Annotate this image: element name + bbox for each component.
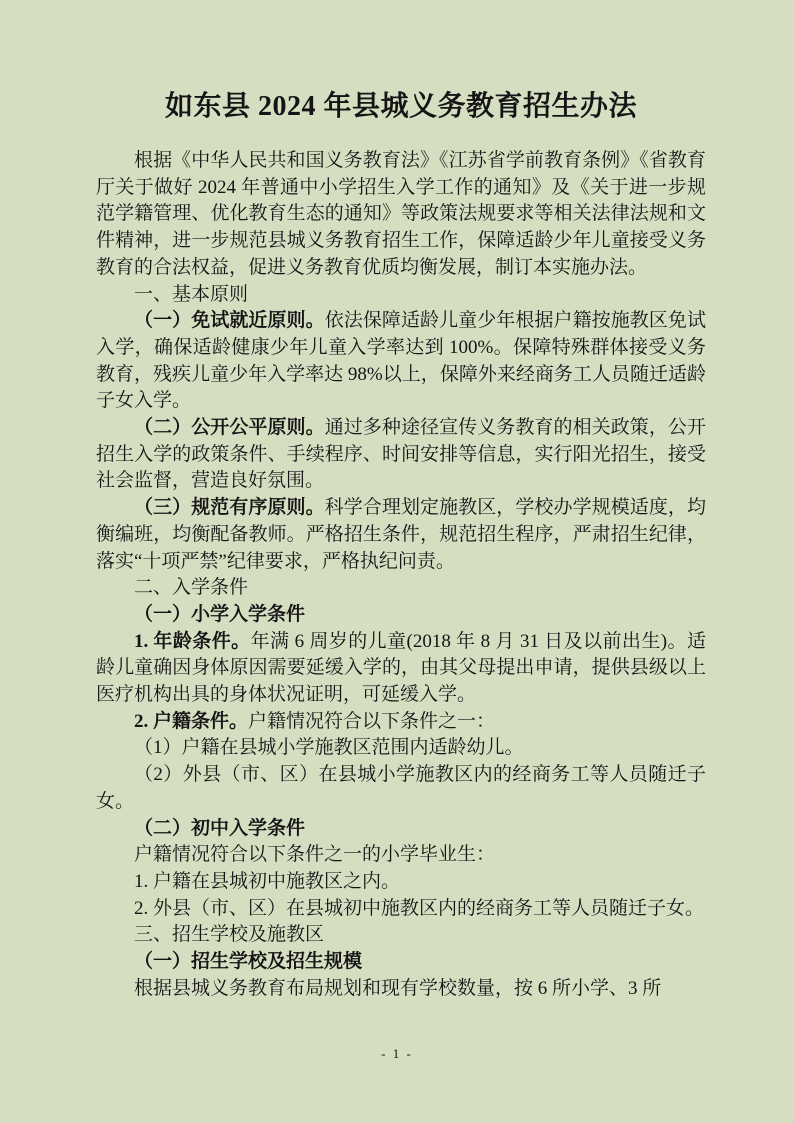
document-page: { "page": { "background_color": "#d6dec2… [0, 0, 794, 1123]
paragraph-text: （1）户籍在县城小学施教区范围内适龄幼儿。 [134, 737, 524, 758]
section-heading: （二）初中入学条件 [96, 816, 706, 843]
page-content: 如东县 2024 年县城义务教育招生办法 根据《中华人民共和国义务教育法》《江苏… [0, 0, 794, 1123]
paragraph: 根据县城义务教育布局规划和现有学校数量，按 6 所小学、3 所 [96, 976, 706, 1003]
paragraph-text: 户籍情况符合以下条件之一： [248, 711, 495, 732]
paragraph-text: 根据县城义务教育布局规划和现有学校数量，按 6 所小学、3 所 [134, 978, 661, 999]
paragraph-lead: 1. 年龄条件。 [134, 631, 251, 652]
paragraph-text: （一）招生学校及招生规模 [134, 951, 362, 972]
paragraph-text: 二、入学条件 [134, 577, 248, 598]
paragraph-lead: 2. 户籍条件。 [134, 711, 248, 732]
paragraph: 户籍情况符合以下条件之一的小学毕业生： [96, 842, 706, 869]
section-heading: 二、入学条件 [96, 575, 706, 602]
paragraph: （1）户籍在县城小学施教区范围内适龄幼儿。 [96, 735, 706, 762]
paragraph-text: 三、招生学校及施教区 [134, 924, 324, 945]
paragraph-text: 2. 外县（市、区）在县城初中施教区内的经商务工等人员随迁子女。 [134, 898, 704, 919]
page-title: 如东县 2024 年县城义务教育招生办法 [96, 88, 706, 126]
page-number: - 1 - [381, 1046, 413, 1061]
paragraph: （二）公开公平原则。通过多种途径宣传义务教育的相关政策，公开招生入学的政策条件、… [96, 415, 706, 495]
paragraph-text: （2）外县（市、区）在县城小学施教区内的经商务工等人员随迁子女。 [96, 764, 706, 812]
paragraph-text: 一、基本原则 [134, 284, 248, 305]
paragraph: 1. 户籍在县城初中施教区之内。 [96, 869, 706, 896]
section-heading: 一、基本原则 [96, 282, 706, 309]
paragraph-lead: （一）免试就近原则。 [134, 310, 325, 331]
paragraph-text: 户籍情况符合以下条件之一的小学毕业生： [134, 844, 495, 865]
page-footer: - 1 - [0, 1046, 794, 1062]
paragraph: 2. 外县（市、区）在县城初中施教区内的经商务工等人员随迁子女。 [96, 896, 706, 923]
paragraph: （2）外县（市、区）在县城小学施教区内的经商务工等人员随迁子女。 [96, 762, 706, 815]
paragraph: （三）规范有序原则。科学合理划定施教区，学校办学规模适度，均衡编班，均衡配备教师… [96, 495, 706, 575]
paragraph-text: 1. 户籍在县城初中施教区之内。 [134, 871, 400, 892]
paragraph-lead: （二）公开公平原则。 [134, 417, 325, 438]
paragraph: 2. 户籍条件。户籍情况符合以下条件之一： [96, 709, 706, 736]
paragraph-text: （一）小学入学条件 [134, 604, 305, 625]
document-body: 根据《中华人民共和国义务教育法》《江苏省学前教育条例》《省教育厅关于做好 202… [96, 148, 706, 1003]
paragraph: 1. 年龄条件。年满 6 周岁的儿童(2018 年 8 月 31 日及以前出生)… [96, 629, 706, 709]
paragraph: 根据《中华人民共和国义务教育法》《江苏省学前教育条例》《省教育厅关于做好 202… [96, 148, 706, 282]
section-heading: （一）招生学校及招生规模 [96, 949, 706, 976]
paragraph: （一）免试就近原则。依法保障适龄儿童少年根据户籍按施教区免试入学，确保适龄健康少… [96, 308, 706, 415]
paragraph-text: 根据《中华人民共和国义务教育法》《江苏省学前教育条例》《省教育厅关于做好 202… [96, 150, 706, 278]
section-heading: （一）小学入学条件 [96, 602, 706, 629]
paragraph-lead: （三）规范有序原则。 [134, 497, 325, 518]
paragraph-text: （二）初中入学条件 [134, 818, 305, 839]
section-heading: 三、招生学校及施教区 [96, 922, 706, 949]
